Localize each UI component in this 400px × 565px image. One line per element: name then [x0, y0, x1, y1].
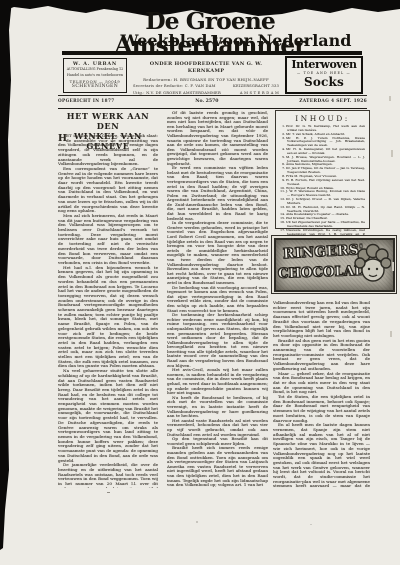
scan-smudge [390, 331, 392, 337]
body-paragraph: Na veel geharrewar stuitte ten slotte al… [58, 369, 158, 463]
body-paragraph: De jammerlijke verdeeldheid, die over de… [58, 463, 158, 488]
body-paragraph: Het had n.l. den bijzonderen wensch te k… [58, 266, 158, 369]
article-column-1: H ET is alles weer Genève, wat de klok s… [58, 134, 158, 488]
urban-garage-ad: W. A. URBAN AUTOSTALLING Frankenslag 12 … [63, 58, 127, 93]
secretary-name: Secretaris der Redactie: C. F. VAN DAM [133, 83, 216, 90]
column-1-paragraphs: ET is alles weer Genève, wat de klok sla… [58, 134, 158, 488]
body-paragraph: De bedoeling van dit voorloopig accoord … [167, 286, 268, 314]
contents-item-text: J. W. F. Werumeus Buning, Kroniek van de… [286, 189, 365, 197]
column-3-paragraphs: Volkenbondsverdrag kan een lid van den B… [273, 301, 370, 488]
body-paragraph: Men zal zich herinneren, dat reeds in Ma… [58, 214, 158, 266]
masthead-rule [62, 51, 362, 55]
scan-smudge [391, 150, 393, 157]
scanned-newspaper-page: { "masthead": { "title": "De Groene Amst… [0, 0, 400, 565]
body-paragraph: Volkenbondsverdrag kan een lid van den B… [273, 301, 370, 339]
contents-item-text: Dr. Jan P. Thijsse, Uit de Natuur — Jan … [286, 166, 365, 174]
contents-title: INHOUD: [280, 114, 365, 123]
body-paragraph: Brazilië heeft zich immers reeds eenige … [167, 446, 268, 487]
founded-label: OPGERICHT IN 1877 [58, 98, 115, 103]
scan-smudge [392, 262, 394, 271]
body-paragraph: Een correspondent van de „Groene” te Gen… [58, 167, 158, 214]
body-paragraph: Of dit laatste reeds grondig is geschied… [167, 111, 268, 166]
ad-line: Handel in auto's en toebehooren [65, 73, 125, 79]
contents-item-text: Mr. H. G. Kannegieter, Uit het gevangeni… [286, 147, 365, 155]
body-paragraph: Tot de Staten, die een tijdelijken zetel… [273, 395, 370, 423]
column-2-paragraphs: Of dit laatste reeds grondig is geschied… [167, 111, 268, 488]
scan-smudge [389, 96, 391, 101]
scan-speck [107, 492, 110, 493]
headline-line1: HET WERK AAN DEN [58, 111, 158, 131]
body-paragraph: En al heeft men de laatste dagen kunnen … [273, 423, 370, 488]
issue-number: No. 2570 [195, 99, 218, 104]
editorial-masthead-info: ONDER HOOFDREDACTIE VAN G. W. KERNKAMP R… [133, 61, 279, 96]
body-paragraph: Het avis-Cecil, zooals wij het maar zull… [167, 368, 268, 396]
contents-item-text: H. B. Fortuin, Het vrijzinnig seizoen va… [286, 178, 365, 186]
dateline: OPGERICHT IN 1877 No. 2570 ZATERDAG 4 SE… [58, 98, 367, 104]
body-paragraph: De toekenning der herkiesbaarheid schiep… [167, 313, 268, 368]
scan-speck [196, 521, 198, 523]
body-paragraph: ET is alles weer Genève, wat de klok sla… [58, 134, 158, 167]
dateline-rule-bottom [58, 108, 367, 109]
ad-product: Socks [287, 76, 361, 89]
contents-box: INHOUD: 1.Prof. Dr. G. W. Kernkamp, Het … [275, 110, 370, 229]
interwoven-socks-ad: Interwoven — TOE AND HEEL — Socks [285, 56, 363, 94]
ad-brand: Interwoven [287, 59, 361, 71]
address: KEIZERSGRACHT 333 [233, 83, 279, 90]
body-paragraph: Maar — geheel zeker, dat de reorganisati… [273, 372, 370, 396]
contents-item-text: Mr. H. P. J. Tutein Nolthenius, Dwaze Vo… [286, 136, 365, 148]
body-paragraph: Nu heeft de Bondsraad te beslissen, of h… [167, 396, 268, 419]
body-paragraph: Het aantal vaste Raadszetels zal niet wo… [167, 419, 268, 437]
scan-speck [310, 524, 312, 525]
article-column-3: Volkenbondsverdrag kan een lid van den B… [273, 301, 370, 488]
contents-item-text: Prof. Dr. G. W. Kernkamp, Het werk aan d… [286, 124, 365, 132]
ad-panel: RINGERS' CHOCOLADE [274, 238, 395, 292]
ad-city: SCHEVENINGEN [65, 84, 125, 90]
issue-date: ZATERDAG 4 SEPT. 1926 [299, 99, 367, 104]
article-column-2: Of dit laatste reeds grondig is geschied… [167, 111, 268, 489]
ringers-chocolade-ad: RINGERS' CHOCOLADE [271, 235, 397, 294]
child-head-illustration [351, 242, 391, 292]
dateline-rule-top [58, 95, 367, 96]
newspaper-subtitle: Weekblad voor Nederland [110, 33, 362, 49]
body-paragraph: In de vergaderingen dezer commissie, die… [167, 221, 268, 285]
contents-item-text: Dr. J. Schrijver, Proost — D. van Dijken… [286, 197, 365, 205]
body-paragraph: Brazilië zal dus geen roet in het eten g… [273, 339, 370, 372]
secretary-line: Secretaris der Redactie: C. F. VAN DAM K… [133, 83, 279, 90]
contents-item-text: Uit het Zigeunerleven per Saris — Chariv… [286, 220, 365, 228]
chief-editor-line: ONDER HOOFDREDACTIE VAN G. W. KERNKAMP [133, 61, 279, 75]
left-scan-edge [0, 0, 12, 552]
body-paragraph: Er werd een commissie van vijftien leden… [167, 166, 268, 221]
